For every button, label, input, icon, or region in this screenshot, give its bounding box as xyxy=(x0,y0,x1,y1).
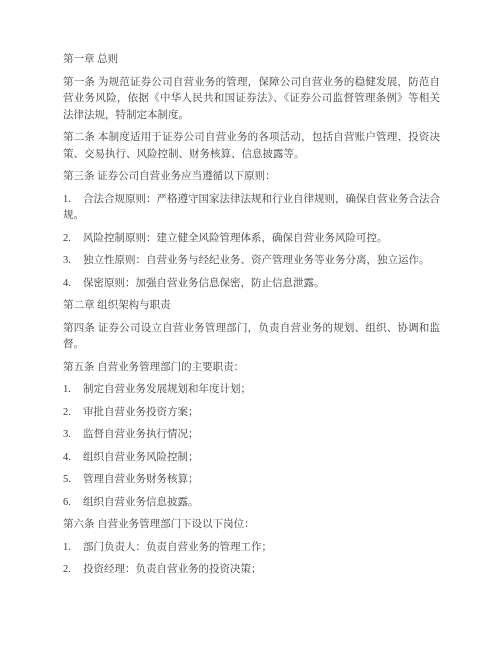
list-item-number: 4. xyxy=(63,276,83,293)
article-paragraph: 第四条 证券公司设立自营业务管理部门，负责自营业务的规划、组织、协调和监督。 xyxy=(63,321,440,354)
list-item-number: 1. xyxy=(63,540,83,557)
document-page: 第一章 总则 第一条 为规范证券公司自营业务的管理，保障公司自营业务的稳健发展，… xyxy=(0,0,502,649)
article-paragraph: 第一条 为规范证券公司自营业务的管理，保障公司自营业务的稳健发展，防范自营业务风… xyxy=(63,75,440,125)
list-item: 1.部门负责人：负责自营业务的管理工作； xyxy=(63,540,440,557)
list-item-text: 合法合规原则：严格遵守国家法律法规和行业自律规则，确保自营业务合法合规。 xyxy=(63,194,440,222)
article-paragraph: 第三条 证券公司自营业务应当遵循以下原则： xyxy=(63,169,440,186)
list-item-text: 管理自营业务财务核算； xyxy=(83,474,199,485)
list-item-text: 独立性原则：自营业务与经纪业务、资产管理业务等业务分离，独立运作。 xyxy=(83,255,430,266)
list-item-number: 4. xyxy=(63,450,83,467)
chapter-heading: 第二章 组织架构与职责 xyxy=(63,298,440,315)
list-item-number: 5. xyxy=(63,472,83,489)
list-item-number: 3. xyxy=(63,427,83,444)
article-paragraph: 第二条 本制度适用于证券公司自营业务的各项活动，包括自营账户管理、投资决策、交易… xyxy=(63,130,440,163)
list-item: 3.独立性原则：自营业务与经纪业务、资产管理业务等业务分离，独立运作。 xyxy=(63,253,440,270)
list-item-text: 制定自营业务发展规划和年度计划； xyxy=(83,384,251,395)
list-item-text: 投资经理：负责自营业务的投资决策； xyxy=(83,564,262,575)
list-item-number: 2. xyxy=(63,231,83,248)
list-item-number: 2. xyxy=(63,562,83,579)
list-item: 5.管理自营业务财务核算； xyxy=(63,472,440,489)
list-item: 1.合法合规原则：严格遵守国家法律法规和行业自律规则，确保自营业务合法合规。 xyxy=(63,192,440,225)
list-item-number: 6. xyxy=(63,495,83,512)
list-item-text: 部门负责人：负责自营业务的管理工作； xyxy=(83,542,272,553)
list-item-text: 保密原则：加强自营业务信息保密，防止信息泄露。 xyxy=(83,278,325,289)
list-item: 3.监督自营业务执行情况； xyxy=(63,427,440,444)
list-item-text: 监督自营业务执行情况； xyxy=(83,429,199,440)
list-item: 6.组织自营业务信息披露。 xyxy=(63,495,440,512)
list-item: 4.组织自营业务风险控制； xyxy=(63,450,440,467)
list-item-text: 风险控制原则：建立健全风险管理体系，确保自营业务风险可控。 xyxy=(83,233,388,244)
article-paragraph: 第六条 自营业务管理部门下设以下岗位： xyxy=(63,517,440,534)
list-item-number: 1. xyxy=(63,382,83,399)
list-item-number: 3. xyxy=(63,253,83,270)
list-item-number: 1. xyxy=(63,192,83,209)
list-item: 2.审批自营业务投资方案； xyxy=(63,405,440,422)
list-item: 2.投资经理：负责自营业务的投资决策； xyxy=(63,562,440,579)
article-paragraph: 第五条 自营业务管理部门的主要职责： xyxy=(63,360,440,377)
chapter-heading: 第一章 总则 xyxy=(63,52,440,69)
list-item-number: 2. xyxy=(63,405,83,422)
list-item: 2.风险控制原则：建立健全风险管理体系，确保自营业务风险可控。 xyxy=(63,231,440,248)
list-item-text: 组织自营业务信息披露。 xyxy=(83,497,199,508)
list-item: 1.制定自营业务发展规划和年度计划； xyxy=(63,382,440,399)
list-item-text: 组织自营业务风险控制； xyxy=(83,452,199,463)
list-item-text: 审批自营业务投资方案； xyxy=(83,407,199,418)
list-item: 4.保密原则：加强自营业务信息保密，防止信息泄露。 xyxy=(63,276,440,293)
